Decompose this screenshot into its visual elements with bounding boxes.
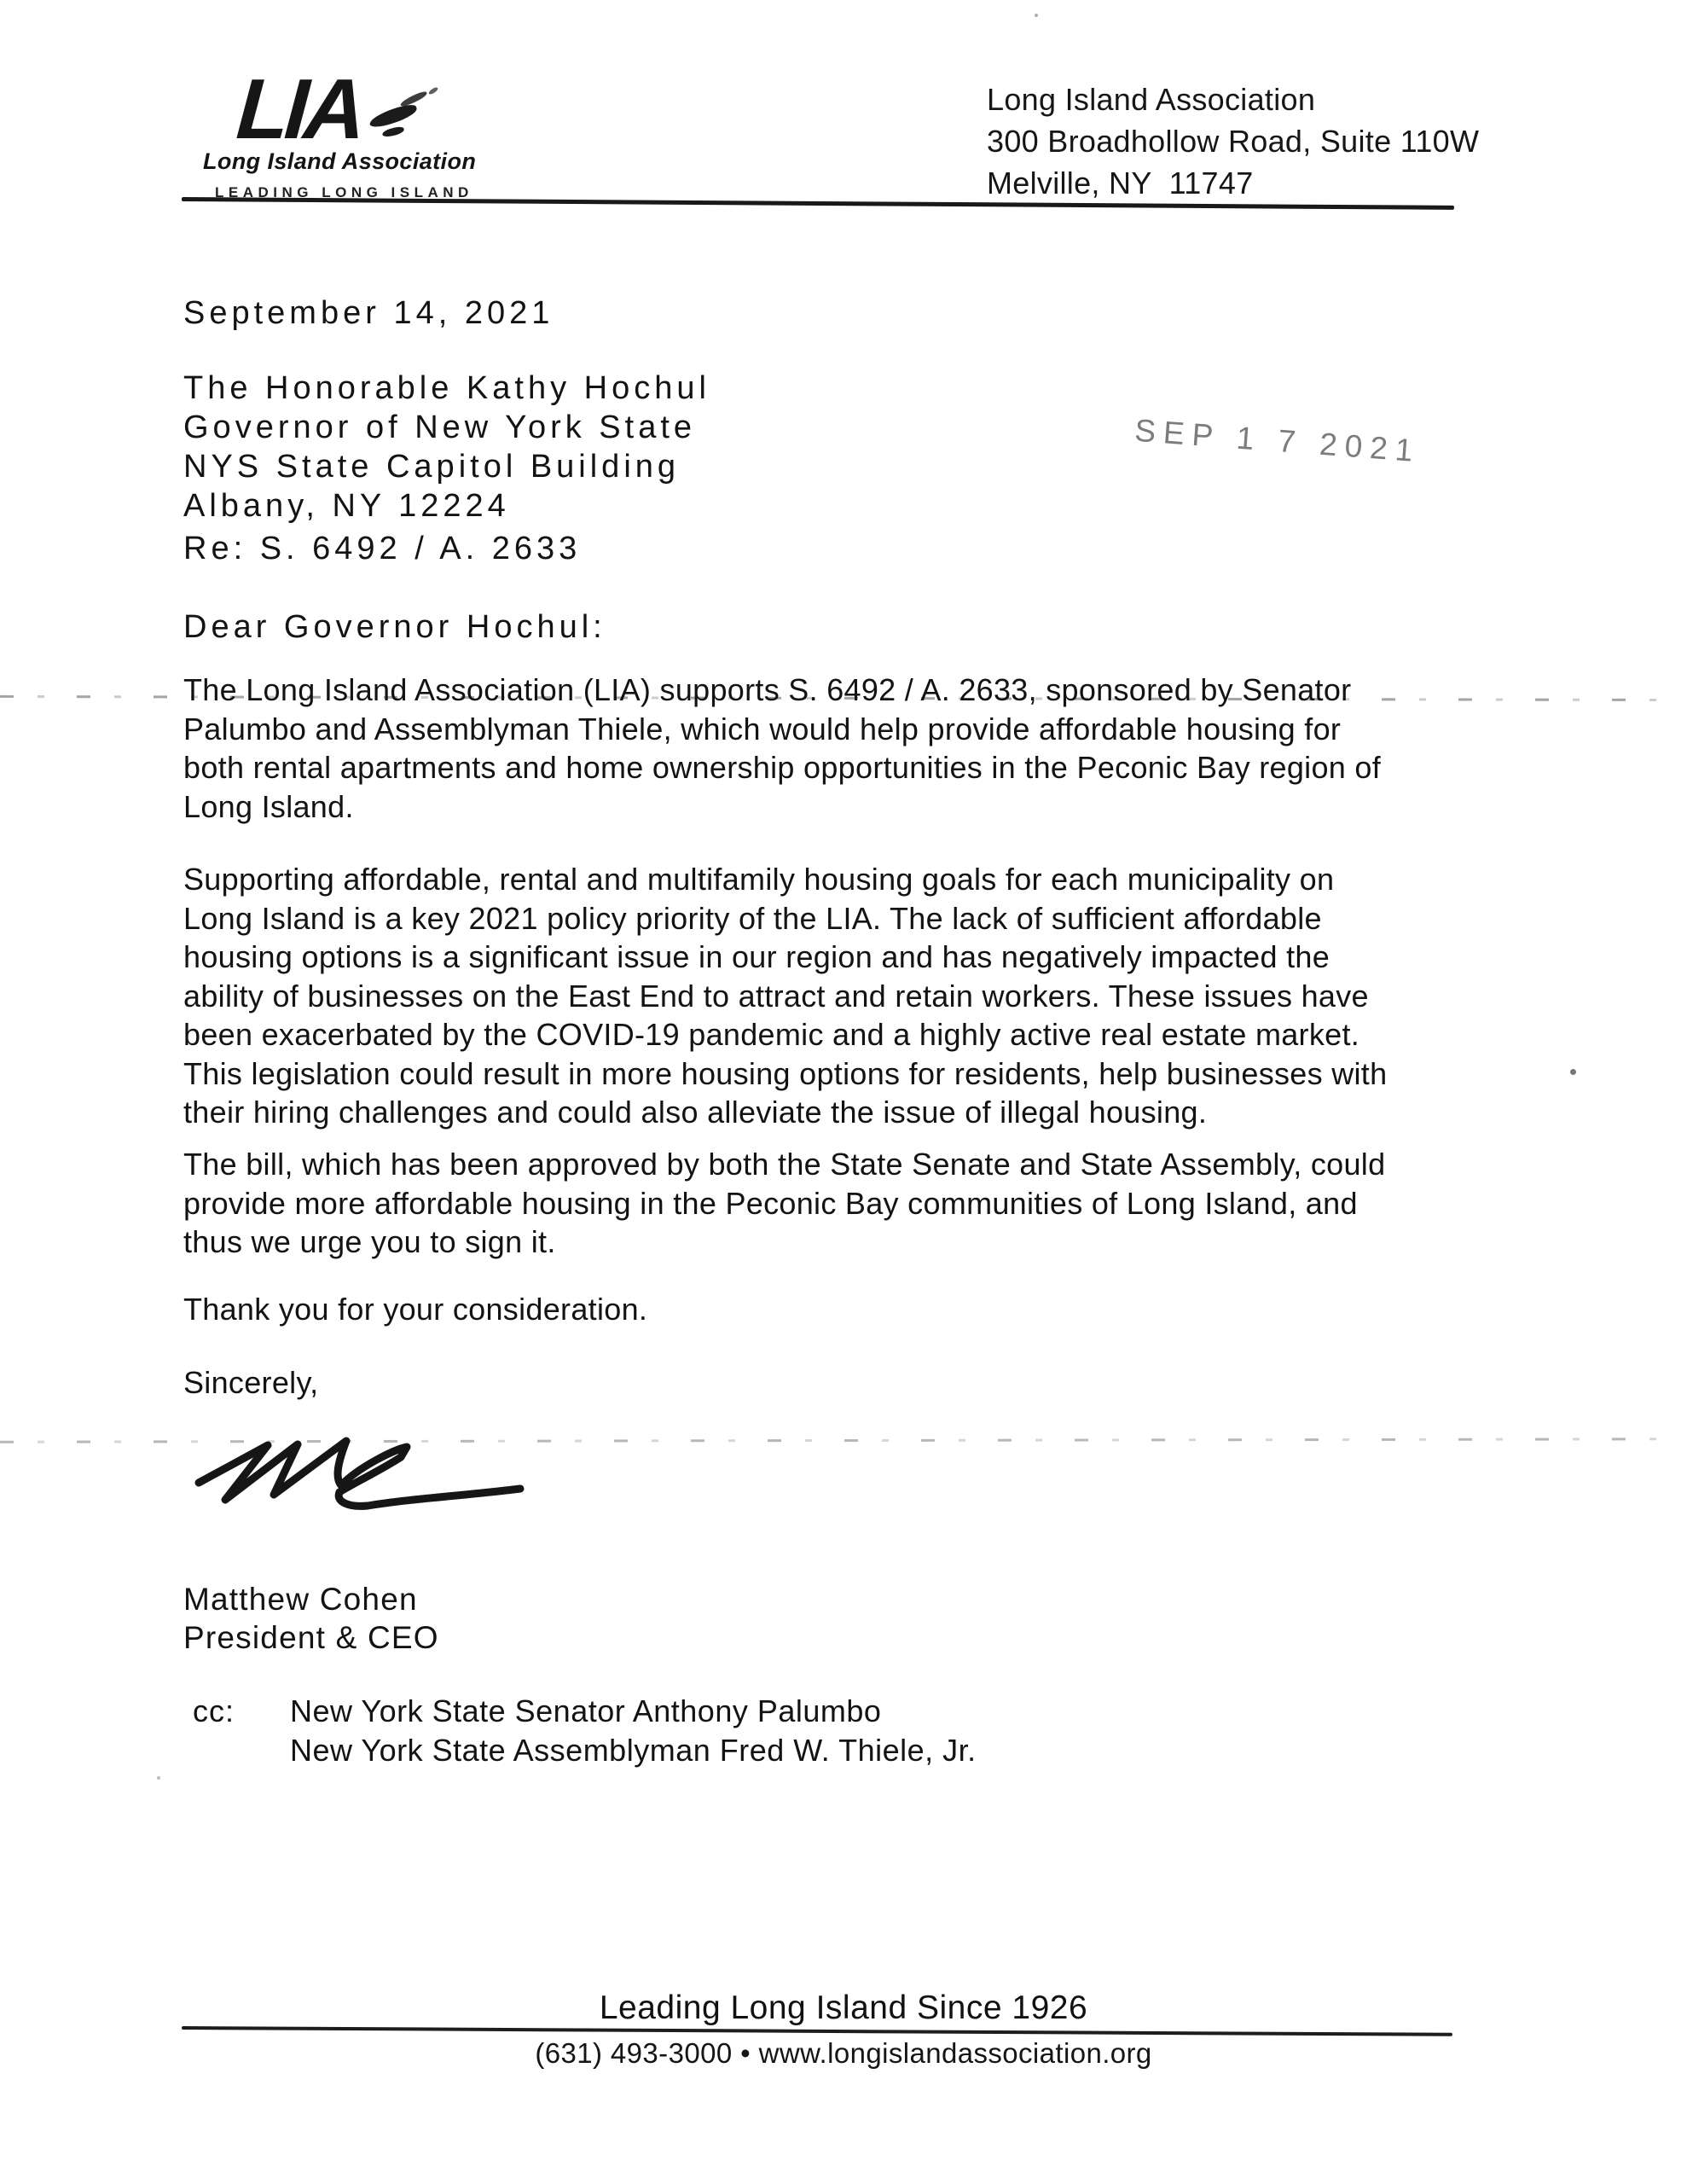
recipient-address-block: The Honorable Kathy Hochul Governor of N… — [183, 369, 710, 526]
closing-sincerely: Sincerely, — [183, 1363, 318, 1403]
body-paragraph-3: The bill, which has been approved by bot… — [183, 1145, 1385, 1262]
salutation: Dear Governor Hochul: — [183, 607, 606, 647]
closing-thanks: Thank you for your consideration. — [183, 1290, 647, 1329]
letter-date: September 14, 2021 — [183, 293, 554, 333]
subject-line: Re: S. 6492 / A. 2633 — [183, 529, 581, 568]
signature-scribble — [193, 1432, 534, 1527]
lia-logo: LIA — [235, 67, 365, 152]
footer-contact: (631) 493-3000 • www.longislandassociati… — [0, 2037, 1687, 2070]
scanned-letter-page: LIA Long Island Association LEADING LONG… — [0, 0, 1687, 2184]
footer-slogan: Leading Long Island Since 1926 — [0, 1989, 1687, 2027]
cc-block: cc: New York State Senator Anthony Palum… — [193, 1692, 977, 1770]
logo-brush-swoosh-icon — [381, 125, 404, 137]
cc-label: cc: — [193, 1692, 290, 1770]
letterhead-address: Long Island Association 300 Broadhollow … — [987, 78, 1479, 204]
scan-speck — [157, 1776, 160, 1780]
cc-recipients: New York State Senator Anthony Palumbo N… — [290, 1692, 977, 1770]
signer-title: President & CEO — [183, 1618, 439, 1657]
body-paragraph-1: The Long Island Association (LIA) suppor… — [183, 671, 1381, 826]
footer-rule — [182, 2026, 1452, 2036]
received-date-stamp: SEP 1 7 2021 — [1133, 413, 1422, 469]
scan-speck — [1570, 1069, 1576, 1075]
signer-name: Matthew Cohen — [183, 1580, 418, 1618]
scan-speck — [1035, 14, 1038, 17]
logo-brush-swoosh-icon — [368, 102, 419, 130]
body-paragraph-2: Supporting affordable, rental and multif… — [183, 860, 1387, 1132]
logo-brush-swoosh-icon — [428, 86, 439, 95]
